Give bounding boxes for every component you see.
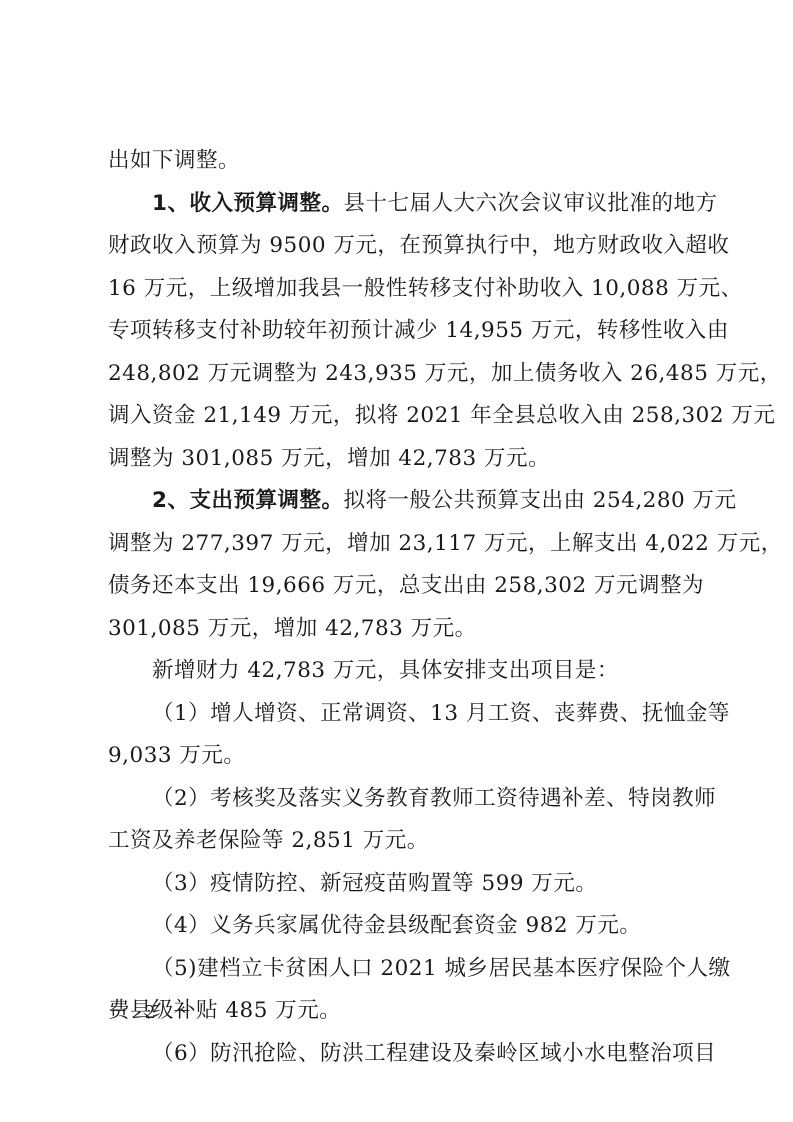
text-line: 专项转移支付补助较年初预计减少 14,955 万元，转移性收入由 <box>108 310 692 353</box>
section-heading-income: 1、收入预算调整。县十七届人大六次会议审议批准的地方 <box>108 183 692 226</box>
text-line: 财政收入预算为 9500 万元，在预算执行中，地方财政收入超收 <box>108 225 692 268</box>
list-item-6: （6）防汛抢险、防洪工程建设及秦岭区域小水电整治项目 <box>108 1033 692 1076</box>
text-line: 工资及养老保险等 2,851 万元。 <box>108 820 692 863</box>
list-item-2: （2）考核奖及落实义务教育教师工资待遇补差、特岗教师 <box>108 778 692 821</box>
list-item-4: （4）义务兵家属优待金县级配套资金 982 万元。 <box>108 905 692 948</box>
bold-heading: 1、收入预算调整。 <box>152 191 343 216</box>
text-line: 新增财力 42,783 万元，具体安排支出项目是： <box>108 650 692 693</box>
section-heading-expenditure: 2、支出预算调整。拟将一般公共预算支出由 254,280 万元 <box>108 480 692 523</box>
text-line: 出如下调整。 <box>108 140 692 183</box>
document-body: 出如下调整。 1、收入预算调整。县十七届人大六次会议审议批准的地方 财政收入预算… <box>108 140 692 1075</box>
text-line: 债务还本支出 19,666 万元，总支出由 258,302 万元调整为 <box>108 565 692 608</box>
text-line: 调入资金 21,149 万元，拟将 2021 年全县总收入由 258,302 万… <box>108 395 692 438</box>
list-item-1: （1）增人增资、正常调资、13 月工资、丧葬费、抚恤金等 <box>108 693 692 736</box>
list-item-5: （5)建档立卡贫困人口 2021 城乡居民基本医疗保险个人缴 <box>108 948 692 991</box>
text-line: 9,033 万元。 <box>108 735 692 778</box>
text-line: 调整为 277,397 万元，增加 23,117 万元，上解支出 4,022 万… <box>108 523 692 566</box>
text-line: 248,802 万元调整为 243,935 万元，加上债务收入 26,485 万… <box>108 353 692 396</box>
list-item-3: （3）疫情防控、新冠疫苗购置等 599 万元。 <box>108 863 692 906</box>
page-number: － 2 － <box>108 1000 198 1024</box>
text-line: 301,085 万元，增加 42,783 万元。 <box>108 608 692 651</box>
bold-heading: 2、支出预算调整。 <box>152 488 343 513</box>
text-line: 调整为 301,085 万元，增加 42,783 万元。 <box>108 438 692 481</box>
text-line: 16 万元，上级增加我县一般性转移支付补助收入 10,088 万元、 <box>108 268 692 311</box>
